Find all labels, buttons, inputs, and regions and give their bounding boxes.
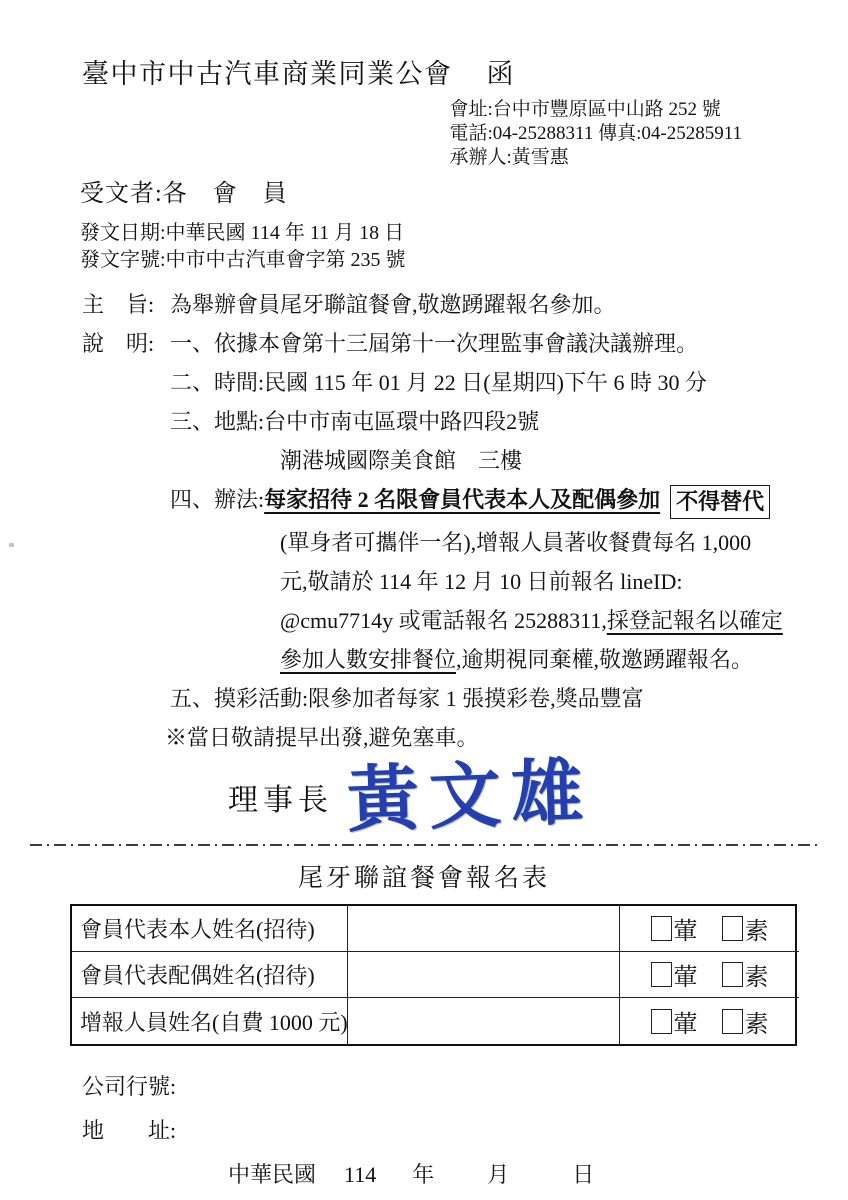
letter-title-row: 臺中市中古汽車商業同業公會 函 [82, 56, 798, 92]
month-label: 月 [487, 1160, 509, 1190]
table-row-3-meal-options: 葷 素 [620, 998, 799, 1044]
chairman-title: 理事長 [228, 775, 333, 819]
contact-handler: 承辦人:黃雪惠 [449, 146, 742, 170]
meal-option-veg: 素 [722, 1004, 769, 1039]
description-item-4: 四、辦法: 每家招待 2 名限會員代表本人及配偶參加 不得替代 [170, 485, 848, 519]
item-4-boxed-text: 不得替代 [670, 485, 770, 519]
description-item-2: 二、時間:民國 115 年 01 月 22 日(星期四)下午 6 時 30 分 [170, 368, 848, 398]
meal-option-meat: 葷 [651, 957, 698, 992]
meal-option-veg: 素 [722, 911, 769, 946]
description-item-1: 一、依據本會第十三屆第十一次理監事會議決議辦理。 [170, 329, 698, 359]
form-footer: 公司行號: 地 址: 中華民國 114 年 月 日 [0, 1072, 848, 1190]
meal-option-meat: 葷 [651, 911, 698, 946]
description-item-4-line-3: 元,敬請於 114 年 12 月 10 日前報名 lineID: [280, 567, 848, 597]
registration-table: 會員代表本人姓名(招待) 葷 素 會員代表配偶姓名(招待) 葷 素 增報人員姓名… [70, 904, 797, 1046]
doc-meta-block: 發文日期:中華民國 114 年 11 月 18 日 發文字號:中市中古汽車會字第… [0, 220, 848, 274]
contact-address: 會址:台中市豐原區中山路 252 號 [449, 98, 742, 122]
scanned-letter-page: 臺中市中古汽車商業同業公會 函 會址:台中市豐原區中山路 252 號 電話:04… [0, 0, 848, 1200]
document-type: 函 [487, 56, 514, 92]
table-row-2-label: 會員代表配偶姓名(招待) [72, 952, 348, 998]
description-item-4-line-4: @cmu7714y 或電話報名 25288311,採登記報名以確定 [280, 606, 848, 636]
company-field-label: 公司行號: [82, 1072, 848, 1102]
issue-date-line: 發文日期:中華民國 114 年 11 月 18 日 [80, 220, 848, 247]
contact-phone-fax: 電話:04-25288311 傳真:04-25285911 [449, 122, 742, 146]
description-item-4-line-5: 參加人數安排餐位,逾期視同棄權,敬邀踴躍報名。 [280, 645, 848, 675]
contact-block: 會址:台中市豐原區中山路 252 號 電話:04-25288311 傳真:04-… [449, 98, 742, 170]
reminder-note: ※當日敬請提早出發,避免塞車。 [165, 723, 848, 753]
signature-block: 理事長 黃文雄 [228, 758, 848, 836]
scan-artifact [9, 543, 14, 547]
description-label: 說 明: [82, 329, 170, 359]
meat-checkbox [651, 1009, 672, 1034]
meat-checkbox [651, 962, 672, 987]
description-row: 說 明: 一、依據本會第十三屆第十一次理監事會議決議辦理。 [82, 329, 848, 359]
description-item-3-continuation: 潮港城國際美食館 三樓 [280, 446, 848, 476]
meal-option-veg: 素 [722, 957, 769, 992]
letter-header: 臺中市中古汽車商業同業公會 函 會址:台中市豐原區中山路 252 號 電話:04… [0, 0, 848, 170]
table-row-1-meal-options: 葷 素 [620, 906, 799, 952]
letter-body: 主 旨: 為舉辦會員尾牙聯誼餐會,敬邀踴躍報名參加。 說 明: 一、依據本會第十… [0, 290, 848, 753]
table-row-1-name-field [348, 906, 620, 952]
address-field-label: 地 址: [82, 1116, 848, 1146]
veg-checkbox [722, 916, 743, 941]
date-year: 114 [344, 1160, 376, 1190]
item-4-label: 四、辦法: [170, 485, 264, 519]
meal-option-meat: 葷 [651, 1004, 698, 1039]
recipient-label: 受文者: [80, 181, 163, 207]
recipient-value: 各 會 員 [163, 181, 288, 207]
organization-name: 臺中市中古汽車商業同業公會 [82, 56, 453, 92]
subject-row: 主 旨: 為舉辦會員尾牙聯誼餐會,敬邀踴躍報名參加。 [82, 290, 848, 320]
item-4-emphasized-text: 每家招待 2 名限會員代表本人及配偶參加 [264, 485, 660, 519]
veg-checkbox [722, 1009, 743, 1034]
description-item-4-line-2: (單身者可攜伴一名),增報人員著收餐費每名 1,000 [280, 528, 848, 558]
chairman-name-stamp: 黃文雄 [346, 757, 594, 838]
day-label: 日 [572, 1160, 594, 1190]
table-row-3-name-field [348, 998, 620, 1044]
date-era: 中華民國 [228, 1160, 316, 1190]
description-item-3: 三、地點:台中市南屯區環中路四段2號 [170, 407, 848, 437]
meat-checkbox [651, 916, 672, 941]
date-fill-in-line: 中華民國 114 年 月 日 [82, 1160, 848, 1190]
recipient-line: 受文者:各 會 員 [0, 178, 848, 210]
veg-checkbox [722, 962, 743, 987]
subject-label: 主 旨: [82, 290, 170, 320]
description-item-5: 五、摸彩活動:限參加者每家 1 張摸彩卷,獎品豐富 [170, 684, 848, 714]
table-row-2-meal-options: 葷 素 [620, 952, 799, 998]
subject-text: 為舉辦會員尾牙聯誼餐會,敬邀踴躍報名參加。 [170, 290, 616, 320]
table-row-2-name-field [348, 952, 620, 998]
table-row-1-label: 會員代表本人姓名(招待) [72, 906, 348, 952]
cut-here-divider [30, 844, 820, 846]
form-title: 尾牙聯誼餐會報名表 [0, 862, 848, 896]
doc-number-line: 發文字號:中市中古汽車會字第 235 號 [80, 247, 848, 274]
year-label: 年 [412, 1160, 434, 1190]
table-row-3-label: 增報人員姓名(自費 1000 元) [72, 998, 348, 1044]
